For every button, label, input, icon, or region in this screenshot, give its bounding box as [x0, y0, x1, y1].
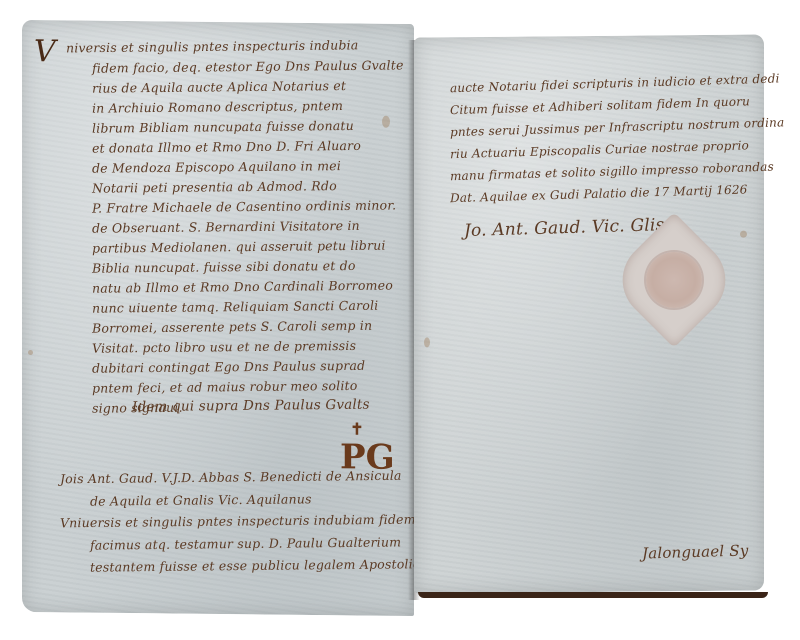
text-line: Jo. Ant. Gaud. Vic. Glis: [464, 212, 764, 241]
text-block: fidem facio, deq. etestor Ego Dns Paulus…: [92, 59, 414, 422]
text-line: Jalonguael Sy: [642, 540, 764, 564]
footer-signature: Jalonguael Sy: [642, 542, 764, 563]
open-manuscript-book: V niversis et singulis pntes inspecturis…: [0, 0, 800, 640]
second-attestation-text: Jois Ant. Gaud. V.J.D. Abbas S. Benedict…: [60, 468, 414, 582]
right-page-text: aucte Notariu fidei scripturis in iudici…: [450, 74, 764, 209]
book-cover-edge: [418, 592, 768, 598]
text-line: Idem qui supra Dns Paulus Gvalts: [132, 394, 414, 417]
vicar-signature: Jo. Ant. Gaud. Vic. Glis: [464, 218, 764, 241]
ink-stain: [740, 231, 747, 238]
text-line: testantem fuisse et esse publicu legalem…: [90, 553, 414, 578]
cross-icon: ✝: [340, 421, 374, 437]
left-page: V niversis et singulis pntes inspecturis…: [22, 20, 414, 616]
right-page: aucte Notariu fidei scripturis in iudici…: [414, 34, 764, 593]
ink-stain: [382, 116, 390, 128]
attestation-signature: Idem qui supra Dns Paulus Gvalts: [132, 397, 414, 420]
ink-stain: [424, 337, 430, 347]
text-line: Vniuersis et singulis pntes inspecturis …: [60, 509, 414, 535]
ink-stain: [28, 350, 33, 355]
seal-emblem: [634, 240, 713, 319]
text-line: Jois Ant. Gaud. V.J.D. Abbas S. Benedict…: [60, 465, 414, 491]
decorated-initial: V: [34, 34, 56, 69]
